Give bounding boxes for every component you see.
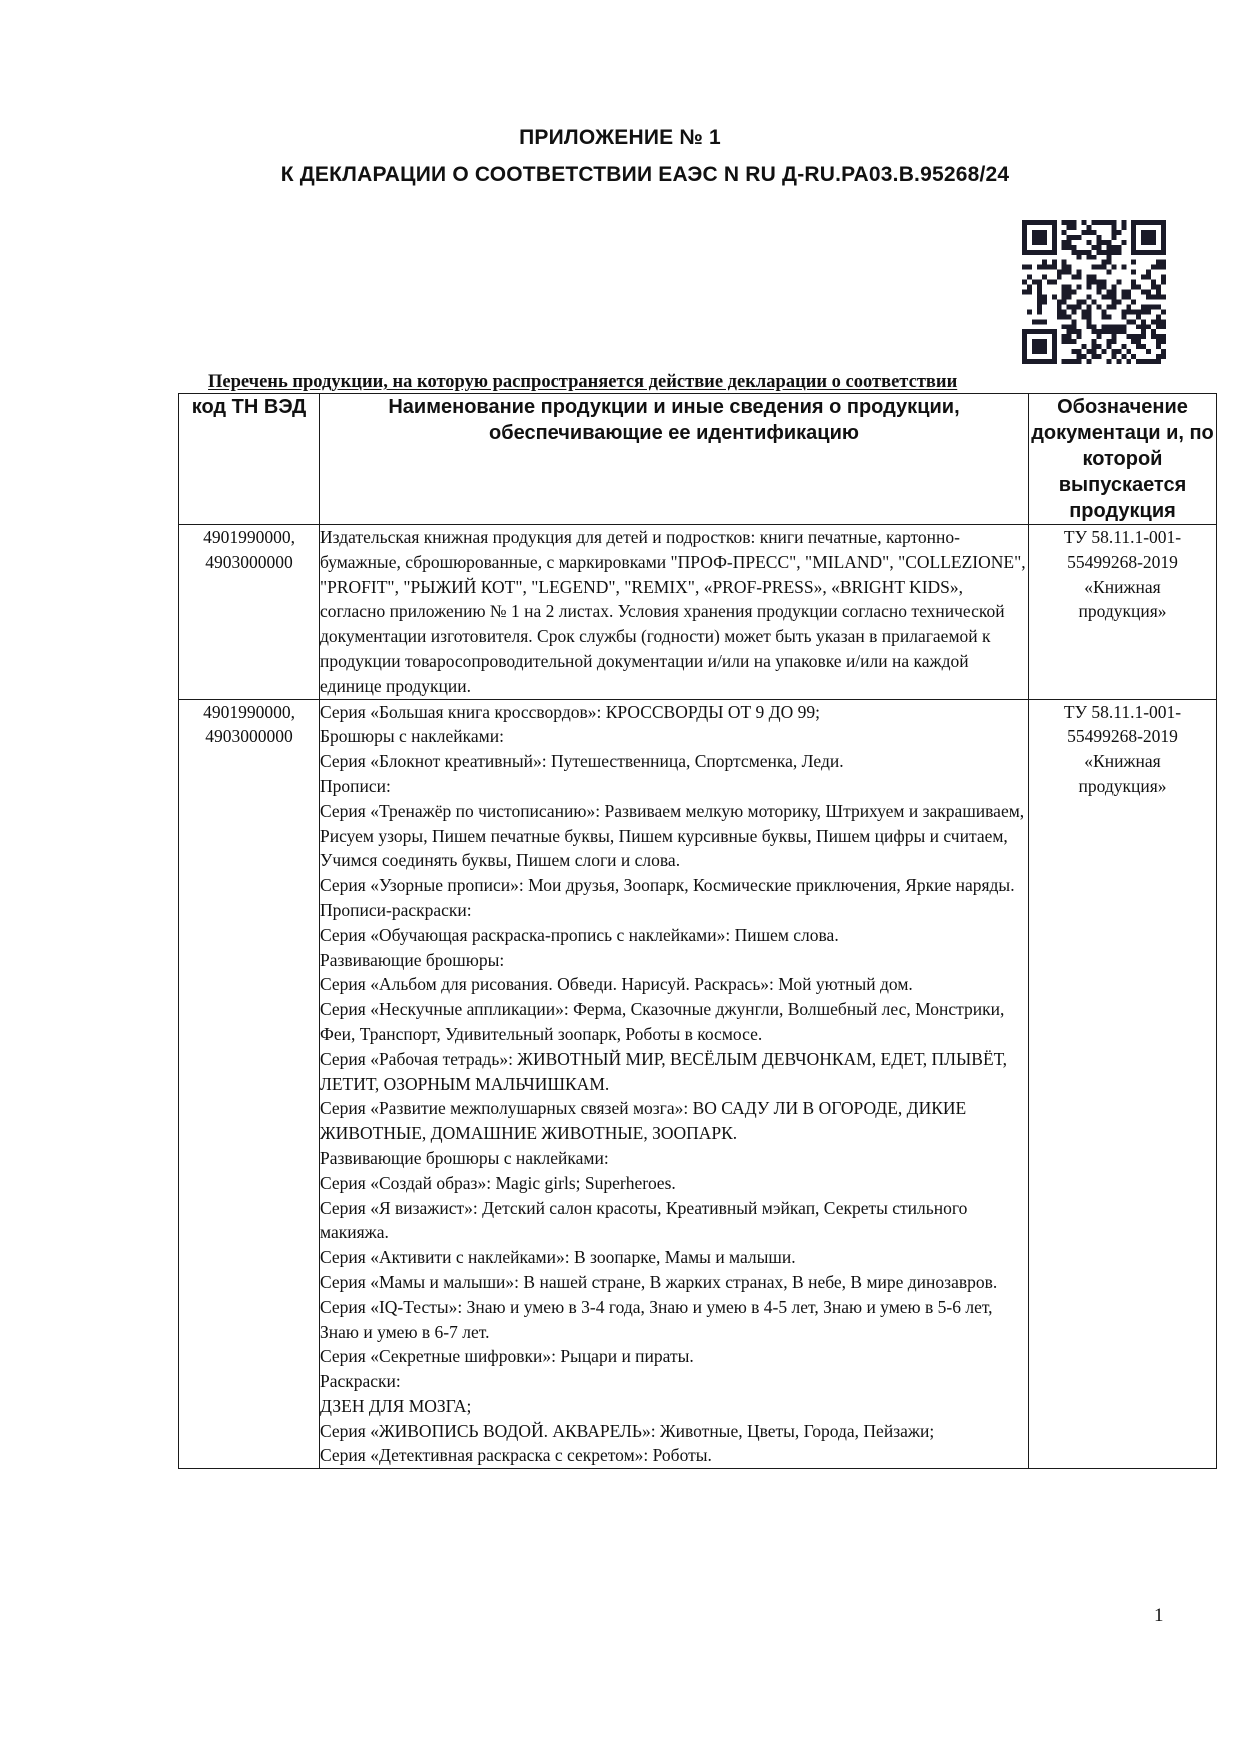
column-header-tn-ved: код ТН ВЭД — [179, 394, 320, 525]
product-description-line: Серия «Рабочая тетрадь»: ЖИВОТНЫЙ МИР, В… — [320, 1047, 1028, 1097]
product-description-line: Серия «Узорные прописи»: Мои друзья, Зоо… — [320, 873, 1028, 898]
qr-code-icon — [1022, 220, 1166, 364]
product-description-line: Серия «ЖИВОПИСЬ ВОДОЙ. АКВАРЕЛЬ»: Животн… — [320, 1419, 1028, 1444]
product-list-caption: Перечень продукции, на которую распростр… — [208, 372, 1238, 393]
product-description-line: Серия «Создай образ»: Magic girls; Super… — [320, 1171, 1028, 1196]
documentation-line: «Книжная — [1029, 749, 1216, 774]
product-table: код ТН ВЭД Наименование продукции и иные… — [178, 393, 1217, 1469]
product-description-line: Прописи: — [320, 774, 1028, 799]
product-description-line: Серия «Я визажист»: Детский салон красот… — [320, 1196, 1028, 1246]
product-description-cell: Издательская книжная продукция для детей… — [320, 525, 1029, 700]
product-description-cell: Серия «Большая книга кроссвордов»: КРОСС… — [320, 699, 1029, 1469]
product-description-line: Серия «Активити с наклейками»: В зоопарк… — [320, 1245, 1028, 1270]
column-header-product-name: Наименование продукции и иные сведения о… — [320, 394, 1029, 525]
documentation-cell: ТУ 58.11.1-001-55499268-2019«Книжнаяпрод… — [1029, 699, 1217, 1469]
product-description-line: Серия «Детективная раскраска с секретом»… — [320, 1443, 1028, 1468]
product-description-line: Прописи-раскраски: — [320, 898, 1028, 923]
product-description-line: Серия «Блокнот креативный»: Путешественн… — [320, 749, 1028, 774]
product-description-line: ДЗЕН ДЛЯ МОЗГА; — [320, 1394, 1028, 1419]
tn-ved-codes-cell: 4901990000,4903000000 — [179, 525, 320, 700]
documentation-cell: ТУ 58.11.1-001-55499268-2019«Книжнаяпрод… — [1029, 525, 1217, 700]
documentation-line: продукция» — [1029, 774, 1216, 799]
page-number: 1 — [1154, 1605, 1164, 1627]
product-description-line: Серия «Мамы и малыши»: В нашей стране, В… — [320, 1270, 1028, 1295]
documentation-line: «Книжная — [1029, 575, 1216, 600]
product-description-line: Серия «Обучающая раскраска-пропись с нак… — [320, 923, 1028, 948]
table-header-row: код ТН ВЭД Наименование продукции и иные… — [179, 394, 1217, 525]
appendix-title: ПРИЛОЖЕНИЕ № 1 — [0, 126, 1240, 150]
tn-ved-code: 4903000000 — [179, 550, 319, 575]
product-description-line: Серия «Развитие межполушарных связей моз… — [320, 1096, 1028, 1146]
product-description-line: Развивающие брошюры с наклейками: — [320, 1146, 1028, 1171]
tn-ved-codes-cell: 4901990000,4903000000 — [179, 699, 320, 1469]
product-description-line: Серия «Нескучные аппликации»: Ферма, Ска… — [320, 997, 1028, 1047]
documentation-line: 55499268-2019 — [1029, 724, 1216, 749]
product-description-line: Серия «IQ-Тесты»: Знаю и умею в 3-4 года… — [320, 1295, 1028, 1345]
table-row: 4901990000,4903000000Серия «Большая книг… — [179, 699, 1217, 1469]
documentation-line: ТУ 58.11.1-001- — [1029, 525, 1216, 550]
tn-ved-code: 4901990000, — [179, 700, 319, 725]
documentation-line: ТУ 58.11.1-001- — [1029, 700, 1216, 725]
documentation-line: 55499268-2019 — [1029, 550, 1216, 575]
product-description-line: Издательская книжная продукция для детей… — [320, 525, 1028, 699]
tn-ved-code: 4903000000 — [179, 724, 319, 749]
product-description-line: Серия «Тренажёр по чистописанию»: Развив… — [320, 799, 1028, 873]
product-description-line: Раскраски: — [320, 1369, 1028, 1394]
product-description-line: Серия «Секретные шифровки»: Рыцари и пир… — [320, 1344, 1028, 1369]
product-description-line: Серия «Альбом для рисования. Обведи. Нар… — [320, 972, 1028, 997]
product-description-line: Развивающие брошюры: — [320, 948, 1028, 973]
tn-ved-code: 4901990000, — [179, 525, 319, 550]
product-description-line: Серия «Большая книга кроссвордов»: КРОСС… — [320, 700, 1028, 725]
product-description-line: Брошюры с наклейками: — [320, 724, 1028, 749]
declaration-reference: К ДЕКЛАРАЦИИ О СООТВЕТСТВИИ ЕАЭС N RU Д-… — [0, 163, 1240, 187]
column-header-documentation: Обозначение документаци и, по которой вы… — [1029, 394, 1217, 525]
table-row: 4901990000,4903000000Издательская книжна… — [179, 525, 1217, 700]
documentation-line: продукция» — [1029, 599, 1216, 624]
